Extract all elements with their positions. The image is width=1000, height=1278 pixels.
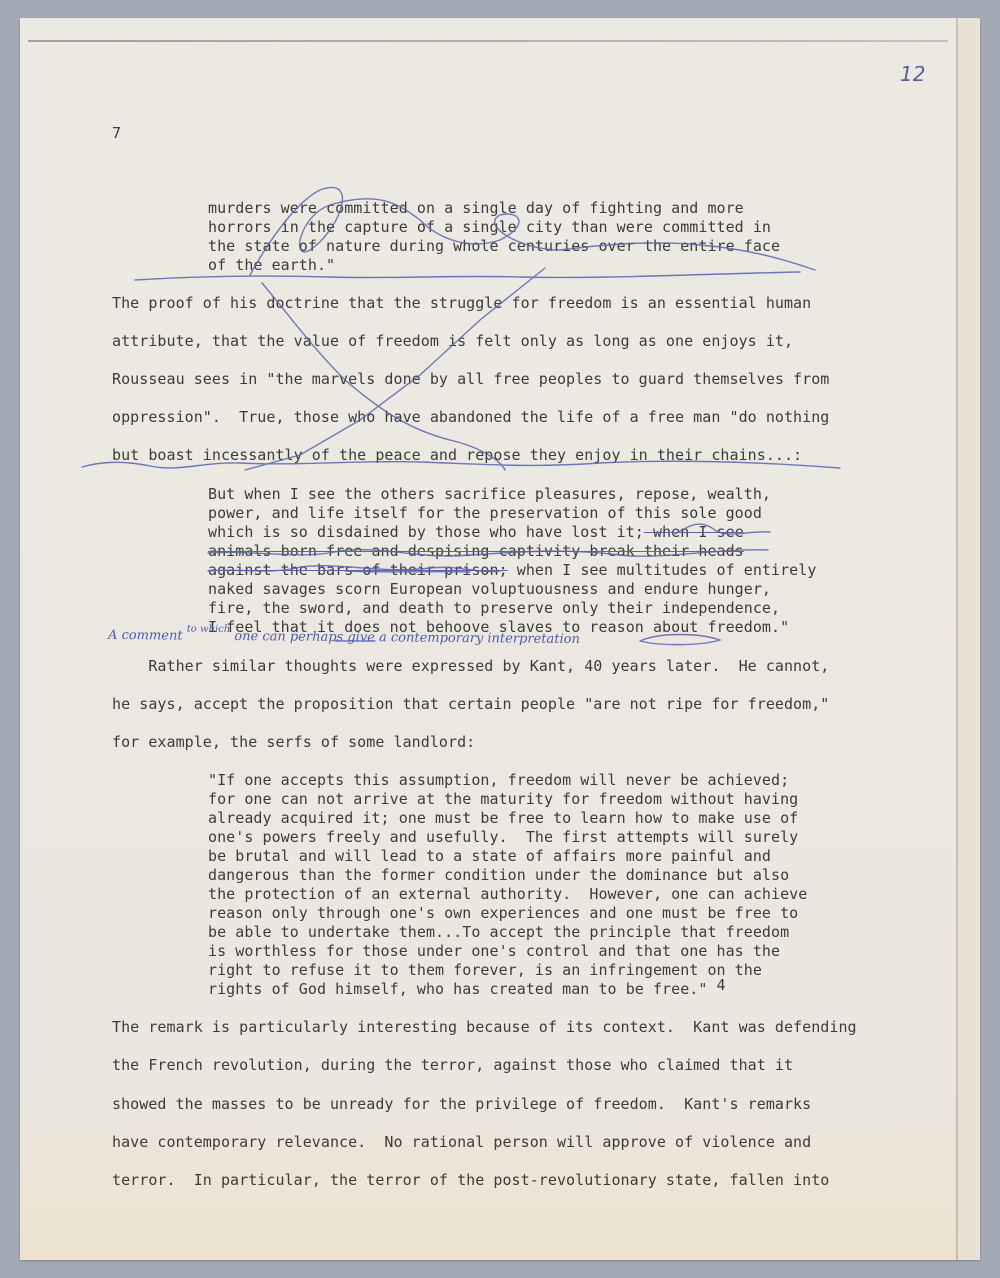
underlying-sheet-edge [958, 18, 980, 1260]
text-line: attribute, that the value of freedom is … [112, 332, 793, 351]
typed-page-number: 7 [112, 124, 121, 142]
text-line: one's powers freely and usefully. The fi… [208, 828, 798, 847]
text-line: The proof of his doctrine that the strug… [112, 294, 811, 313]
text-line: horrors in the capture of a single city … [208, 218, 771, 237]
sheet-edge-line [956, 18, 958, 1260]
text-line: fire, the sword, and death to preserve o… [208, 599, 780, 618]
footnote-marker: 4 [717, 976, 726, 994]
text-line: power, and life itself for the preservat… [208, 504, 762, 523]
text-line: Rousseau sees in "the marvels done by al… [112, 370, 829, 389]
text-line: the state of nature during whole centuri… [208, 237, 780, 256]
text-line: murders were committed on a single day o… [208, 199, 744, 218]
text-line: but boast incessantly of the peace and r… [112, 446, 802, 465]
text-line: terror. In particular, the terror of the… [112, 1171, 829, 1190]
text-line: right to refuse it to them forever, is a… [208, 961, 762, 980]
text-line: which is so disdained by those who have … [208, 523, 744, 542]
text-line: be able to undertake them...To accept th… [208, 923, 789, 942]
struck-text: when I see [644, 523, 744, 541]
text-line: "If one accepts this assumption, freedom… [208, 771, 789, 790]
text-line: have contemporary relevance. No rational… [112, 1133, 811, 1152]
text-line: dangerous than the former condition unde… [208, 866, 789, 885]
handwritten-page-number: 12 [900, 62, 925, 86]
text-line: Rather similar thoughts were expressed b… [112, 657, 829, 676]
text-line: oppression". True, those who have abando… [112, 408, 829, 427]
handwritten-insert: to which [187, 624, 231, 635]
text-line: the protection of an external authority.… [208, 885, 807, 904]
text-line: rights of God himself, who has created m… [208, 980, 726, 999]
text-line: he says, accept the proposition that cer… [112, 695, 829, 714]
text-line: naked savages scorn European voluptuousn… [208, 580, 771, 599]
kept-text: which is so disdained by those who have … [208, 523, 644, 541]
struck-text: against the bars of their prison; [208, 561, 508, 579]
text-line: be brutal and will lead to a state of af… [208, 847, 771, 866]
text-line: But when I see the others sacrifice plea… [208, 485, 771, 504]
text-line: already acquired it; one must be free to… [208, 809, 798, 828]
kept-text: when I see multitudes of entirely [508, 561, 817, 579]
text-line: reason only through one's own experience… [208, 904, 798, 923]
text-line: is worthless for those under one's contr… [208, 942, 780, 961]
text-line: against the bars of their prison; when I… [208, 561, 816, 580]
text-line: for example, the serfs of some landlord: [112, 733, 475, 752]
struck-text-line: animals born free and despising captivit… [208, 542, 744, 561]
text-line: for one can not arrive at the maturity f… [208, 790, 798, 809]
text-line: showed the masses to be unready for the … [112, 1095, 811, 1114]
text-line: the French revolution, during the terror… [112, 1056, 793, 1075]
top-edge-shadow [28, 40, 948, 42]
text-line: of the earth." [208, 256, 335, 275]
text-line: The remark is particularly interesting b… [112, 1018, 857, 1037]
